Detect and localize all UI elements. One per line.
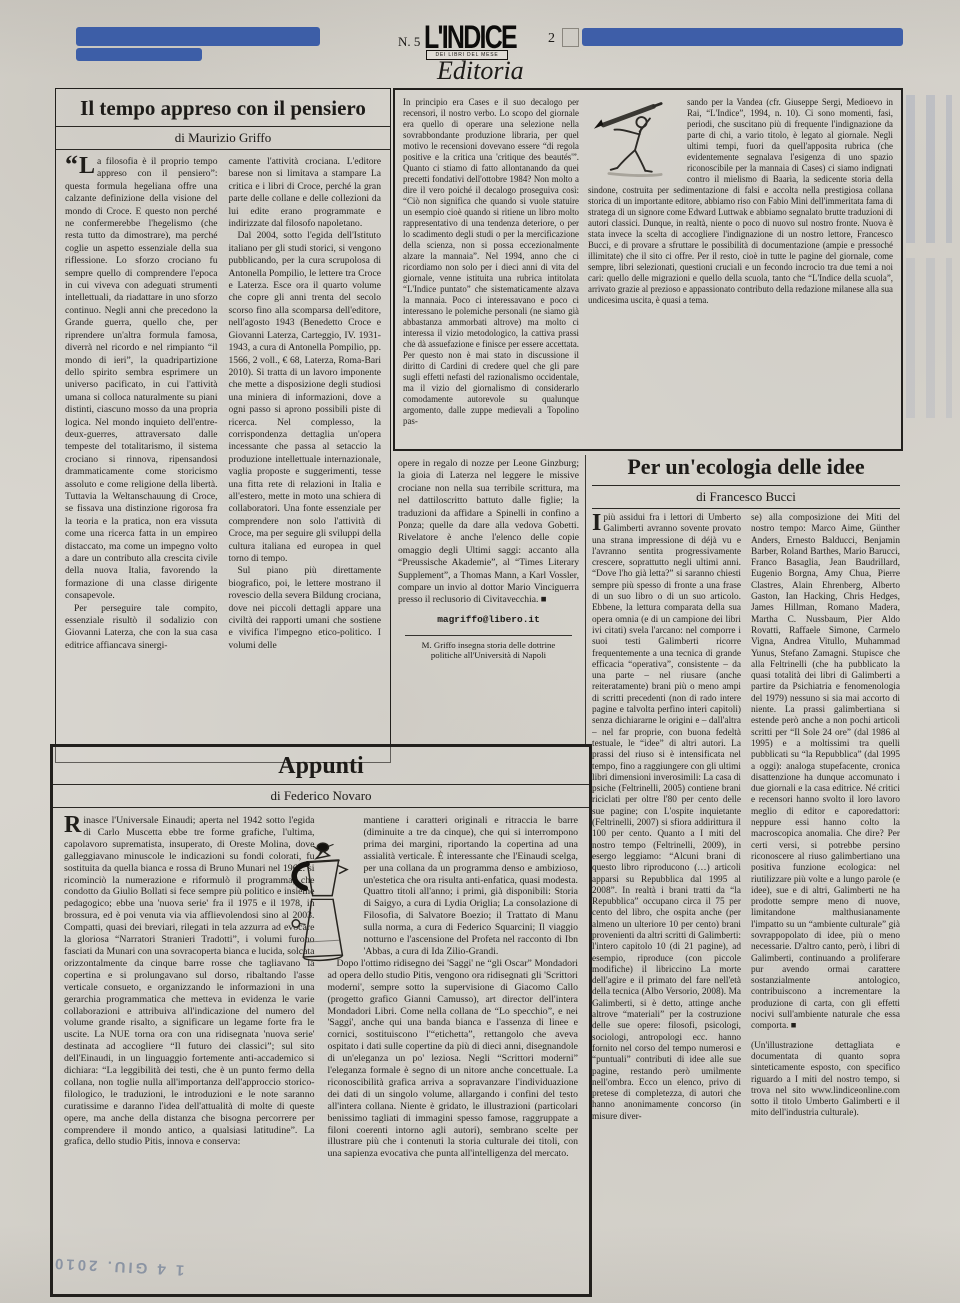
rule <box>592 508 900 509</box>
moka-pot-with-bird-illustration <box>279 838 363 996</box>
editorial-column-2: sando per la Vandea (cfr. Giuseppe Sergi… <box>588 97 893 442</box>
logo-wordmark: L'INDICE <box>424 20 510 57</box>
top-left-blue-bar-small <box>76 48 202 61</box>
bucci-byline: di Francesco Bucci <box>592 486 900 508</box>
bucci-col2-paragraph-2: (Un'illustrazione dettagliata e document… <box>751 1041 900 1120</box>
top-right-blue-bar <box>582 28 903 46</box>
griffo-cont-body: opere in regalo di nozze per Leone Ginzb… <box>398 458 579 607</box>
griffo-byline: di Maurizio Griffo <box>56 127 390 149</box>
appunti-column-2: mantiene i caratteri originali e ritracc… <box>328 815 579 1263</box>
appunti-col2-paragraph-2: Dopo l'ottimo ridisegno dei 'Saggi' ne “… <box>328 958 579 1160</box>
lead-quote: “ <box>65 156 79 174</box>
column-divider-rule <box>585 455 586 745</box>
appunti-col1-text: inasce l'Universale Einaudi; aperta nel … <box>64 815 315 1147</box>
top-left-blue-bar <box>76 27 320 46</box>
dropcap: L <box>79 156 97 176</box>
editorial-col1-text: In principio era Cases e il suo decalogo… <box>403 97 579 427</box>
bucci-col2-paragraph-1: se) alla composizione dei Miti del nostr… <box>751 513 900 1033</box>
griffo-col2-paragraph-2: Dal 2004, sotto l'egida dell'Istituto it… <box>229 230 382 565</box>
appunti-column-1: Rinasce l'Universale Einaudi; aperta nel… <box>64 815 315 1263</box>
bucci-column-1: Ipiù assidui fra i lettori di Umberto Ga… <box>592 513 741 1288</box>
issue-number: N. 5 <box>398 34 420 50</box>
appunti-byline: di Federico Novaro <box>53 785 589 807</box>
pencil-javelin-thrower-illustration <box>588 97 682 181</box>
griffo-col2-paragraph-1: camente l'attività crociana. L'editore b… <box>229 156 382 230</box>
dropcap: I <box>592 513 603 533</box>
appunti-columns: Rinasce l'Universale Einaudi; aperta nel… <box>53 808 589 1270</box>
article-griffo: Il tempo appreso con il pensiero di Maur… <box>55 88 391 763</box>
griffo-col2-paragraph-3: Sul piano più direttamente biografico, p… <box>229 565 382 652</box>
bucci-headline: Per un'ecologia delle idee <box>592 452 900 485</box>
appunti-box: Appunti di Federico Novaro R <box>50 744 592 1297</box>
section-title: Editoria <box>437 56 524 86</box>
article-bucci: Per un'ecologia delle idee di Francesco … <box>592 452 900 1288</box>
bucci-col1-paragraph: Ipiù assidui fra i lettori di Umberto Ga… <box>592 513 741 1123</box>
griffo-column-1: “La filosofia è il proprio tempo appreso… <box>65 156 218 751</box>
appunti-col1-paragraph: Rinasce l'Universale Einaudi; aperta nel… <box>64 815 315 1148</box>
griffo-col1-text: a filosofia è il proprio tempo appreso c… <box>65 156 218 601</box>
griffo-continuation: opere in regalo di nozze per Leone Ginzb… <box>398 458 579 745</box>
appunti-headline: Appunti <box>53 747 589 784</box>
bucci-column-2: se) alla composizione dei Miti del nostr… <box>751 513 900 1288</box>
appunti-col2-paragraph-1: mantiene i caratteri originali e ritracc… <box>328 815 579 958</box>
editorial-column-1: In principio era Cases e il suo decalogo… <box>403 97 579 442</box>
masthead-bar-box <box>562 28 579 47</box>
griffo-columns: “La filosofia è il proprio tempo appreso… <box>56 150 390 757</box>
author-bio: M. Griffo insegna storia delle dottrine … <box>405 635 572 661</box>
griffo-column-2: camente l'attività crociana. L'editore b… <box>229 156 382 751</box>
margin-ghost-bars <box>906 95 952 243</box>
bucci-columns: Ipiù assidui fra i lettori di Umberto Ga… <box>592 513 900 1288</box>
margin-ghost-bars <box>906 258 952 418</box>
author-email: magriffo@libero.it <box>398 614 579 625</box>
griffo-col1-paragraph-2: Per perseguire tale compito, essenziale … <box>65 603 218 653</box>
page-number: 2 <box>548 31 555 47</box>
dropcap: R <box>64 815 83 835</box>
editorial-columns: In principio era Cases e il suo decalogo… <box>395 90 901 449</box>
griffo-cont-paragraph: opere in regalo di nozze per Leone Ginzb… <box>398 458 579 607</box>
editorial-box: In principio era Cases e il suo decalogo… <box>393 88 903 451</box>
griffo-col1-paragraph-1: “La filosofia è il proprio tempo appreso… <box>65 156 218 603</box>
bucci-col1-text: più assidui fra i lettori di Umberto Gal… <box>592 513 741 1122</box>
masthead-logo: L'INDICE DEI LIBRI DEL MESE <box>424 20 524 60</box>
griffo-headline: Il tempo appreso con il pensiero <box>56 89 390 126</box>
